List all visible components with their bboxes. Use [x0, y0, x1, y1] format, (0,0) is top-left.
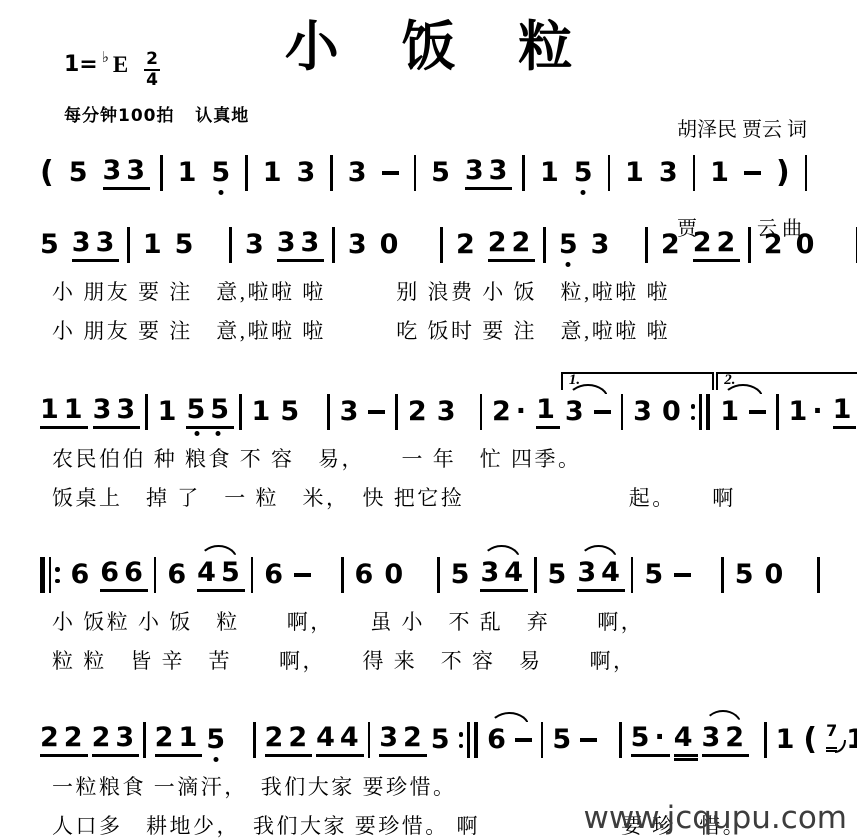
bar-stroke: [693, 155, 696, 191]
spacer: [322, 575, 330, 576]
bar-stroke: [467, 722, 470, 758]
note-digits: 5: [206, 725, 230, 755]
score: (5331513353315131)53315333302225322220小 …: [0, 134, 857, 840]
note-digits: 3: [659, 158, 683, 188]
lyric-line-1: 一粒粮食 一滴汗， 我们大家 要珍惜。: [52, 771, 831, 801]
note-digits: 32: [379, 723, 427, 757]
note: 5: [574, 158, 593, 188]
note-digits: 5: [552, 725, 576, 755]
barline: [764, 721, 767, 759]
lyric-line-2: 粒 粒 皆 辛 苦 啊， 得 来 不 容 易 啊，: [52, 645, 831, 675]
note: 2·: [492, 397, 526, 427]
spacer: [411, 245, 427, 246]
octave-dot: [218, 190, 223, 195]
barline: [534, 556, 537, 594]
octave-dot: [566, 262, 571, 267]
barline: [414, 154, 417, 192]
note-digits: 1: [710, 158, 734, 188]
note-digits: 32: [702, 723, 750, 757]
sustain-dash: [382, 171, 399, 175]
bar-stroke: [437, 557, 440, 593]
note-digits: 1: [158, 397, 182, 427]
note-digits: 21: [155, 723, 203, 757]
barline: [143, 721, 146, 759]
note-digits: 6: [71, 560, 95, 590]
bar-stroke: [251, 557, 254, 593]
note-digits: 5: [548, 560, 572, 590]
note-digits: 1: [178, 158, 202, 188]
note: 0: [662, 397, 681, 427]
note-digits: 1: [625, 158, 649, 188]
octave-dot: [216, 431, 221, 436]
sustain-dash: [368, 410, 385, 414]
note-digits: 1: [833, 395, 857, 429]
note-digits: 33: [465, 156, 513, 190]
barline: [459, 721, 479, 759]
note: 3: [340, 397, 359, 427]
note: 33: [93, 395, 136, 429]
spacer: [702, 575, 710, 576]
barline: [608, 154, 611, 192]
note: 5: [644, 560, 663, 590]
spacer: [622, 245, 632, 246]
bar-stroke: [621, 394, 624, 430]
note: 3: [633, 397, 652, 427]
bar-stroke: [721, 557, 724, 593]
barline: [40, 556, 60, 594]
note: 6: [71, 560, 90, 590]
note-digits: 3: [245, 230, 269, 260]
note: 21: [155, 723, 198, 757]
note: 3: [565, 397, 584, 427]
barline: [440, 226, 443, 264]
tempo-line: 每分钟100拍 认真地: [64, 101, 249, 126]
note: 11: [40, 395, 83, 429]
note-digits: 3: [348, 230, 372, 260]
bar-stroke: [414, 155, 417, 191]
note: 3: [437, 397, 456, 427]
spacer: [234, 740, 244, 741]
note-digits: 1: [540, 158, 564, 188]
note: 33: [277, 228, 320, 262]
barline: [631, 556, 634, 594]
bar-stroke: [440, 227, 443, 263]
barline: [748, 226, 751, 264]
note: 1: [178, 158, 197, 188]
note: 6: [487, 725, 506, 755]
note: 6: [167, 560, 186, 590]
spacer: [414, 575, 426, 576]
note-digits: 5: [644, 560, 668, 590]
note: 5: [206, 725, 225, 755]
slur-group: 1: [720, 397, 766, 427]
time-signature: 2 4: [144, 50, 160, 89]
note-digits: 2·: [492, 397, 531, 427]
note: 3: [659, 158, 678, 188]
barline: [776, 393, 779, 431]
spacer: [606, 740, 610, 741]
note-digits: 22: [693, 228, 741, 262]
barline: [437, 556, 440, 594]
sustain-dash: [594, 410, 611, 414]
note-digits: 1: [263, 158, 287, 188]
note: 22: [40, 723, 83, 757]
note-digits: 3: [437, 397, 461, 427]
note-digits: 6: [355, 560, 379, 590]
bar-stroke: [49, 557, 52, 593]
sustain-dash: [749, 410, 766, 414]
grace-slur-icon: [835, 740, 846, 753]
note-digits: 33: [72, 228, 120, 262]
repeat-dot: [55, 567, 60, 572]
bar-stroke: [330, 155, 333, 191]
note-digits: 5: [40, 230, 64, 260]
bar-stroke: [127, 227, 130, 263]
note-digits: 33: [93, 395, 141, 429]
repeat-dots: [55, 567, 60, 583]
header: 小 饭 粒 1=♭E 2 4 每分钟100拍 认真地 胡泽民 贾云 词 贾 云 …: [0, 0, 857, 130]
note: 1: [158, 397, 177, 427]
note: 0: [380, 230, 399, 260]
note: 32: [702, 723, 745, 757]
note-digits: 45: [197, 558, 245, 592]
note: 3: [348, 158, 367, 188]
note-digits: 5: [211, 158, 235, 188]
flat-icon: ♭: [102, 48, 109, 66]
note-digits: 5: [431, 725, 455, 755]
note-digits: 5: [431, 158, 455, 188]
note-digits: 5: [559, 230, 583, 260]
note-digits: 1: [776, 725, 800, 755]
note: 1: [776, 725, 795, 755]
key-prefix: 1=: [64, 52, 98, 77]
bar-stroke: [474, 722, 479, 758]
repeat-dots: [691, 404, 696, 420]
lyric-line-2: 饭桌上 掉 了 一 粒 米， 快 把它捡 起。 啊: [52, 482, 831, 512]
bar-stroke: [332, 227, 335, 263]
note-digits: 34: [480, 558, 528, 592]
note-digits: 22: [40, 723, 88, 757]
bar-stroke: [395, 394, 398, 430]
bar-stroke: [522, 155, 525, 191]
note: 34: [577, 558, 620, 592]
barline: [368, 721, 371, 759]
note-digits: 0: [796, 230, 820, 260]
bar-stroke: [341, 557, 344, 593]
key-letter: E: [113, 52, 128, 78]
repeat-dot: [459, 732, 464, 737]
note-digits: 33: [103, 156, 151, 190]
spacer: [753, 740, 755, 741]
bar-stroke: [748, 227, 751, 263]
grace-note: 7: [826, 713, 837, 749]
bar-stroke: [245, 155, 248, 191]
note: 5: [211, 158, 230, 188]
music-line: 666645660534534550: [40, 536, 831, 594]
repeat-dot: [55, 579, 60, 584]
note-digits: 1: [536, 395, 560, 429]
bar-stroke: [817, 557, 820, 593]
note-digits: 66: [100, 558, 148, 592]
bar-stroke: [764, 722, 767, 758]
music-line: 53315333302225322220: [40, 206, 831, 264]
lyric-line-2: 小 朋友 要 注 意,啦啦 啦 吃 饭时 要 注 意,啦啦 啦: [52, 315, 831, 345]
note: 3: [245, 230, 264, 260]
bar-stroke: [145, 394, 148, 430]
note: 33: [465, 156, 508, 190]
note: 33: [72, 228, 115, 262]
barline: [480, 393, 483, 431]
barline: [332, 226, 335, 264]
note: 1: [540, 158, 559, 188]
bar-stroke: [253, 722, 256, 758]
note: 3: [348, 230, 367, 260]
note-digits: 0: [764, 560, 788, 590]
sheet-music-page: 小 饭 粒 1=♭E 2 4 每分钟100拍 认真地 胡泽民 贾云 词 贾 云 …: [0, 0, 857, 840]
sustain-dash: [744, 171, 761, 175]
note: 1: [143, 230, 162, 260]
repeat-dot: [691, 404, 696, 409]
note: 2: [661, 230, 680, 260]
note: 2: [408, 397, 427, 427]
barline: [543, 226, 546, 264]
note-digits: 1: [143, 230, 167, 260]
tempo-text: 每分钟100拍: [64, 106, 175, 126]
octave-dot: [195, 431, 200, 436]
note: 1: [252, 397, 271, 427]
note: 22: [488, 228, 531, 262]
barline: [645, 226, 648, 264]
barline: [251, 556, 254, 594]
note: 1: [536, 395, 555, 429]
bar-stroke: [40, 557, 45, 593]
octave-dot: [213, 757, 218, 762]
note-digits: 1: [252, 397, 276, 427]
note: 55: [186, 395, 229, 429]
note: 1: [720, 397, 739, 427]
bar-stroke: [543, 227, 546, 263]
note: 0: [764, 560, 783, 590]
spacer: [309, 412, 317, 413]
note: 0: [796, 230, 815, 260]
bar-stroke: [368, 722, 371, 758]
repeat-dot: [691, 416, 696, 421]
note-digits: 2: [764, 230, 788, 260]
barline: [327, 393, 330, 431]
note: 5: [40, 230, 59, 260]
note-digits: 2: [661, 230, 685, 260]
note-digits: 22: [488, 228, 536, 262]
barline: [541, 721, 544, 759]
note-digits: 11: [40, 395, 88, 429]
barline: [253, 721, 256, 759]
slur-group: 3: [565, 397, 611, 427]
note: 0: [384, 560, 403, 590]
bar-stroke: [154, 557, 157, 593]
barline: [330, 154, 333, 192]
note: 5: [451, 560, 470, 590]
paren: ): [776, 158, 790, 188]
note: 5: [552, 725, 571, 755]
music-line: 1133155153232·11.3302.11·1: [40, 373, 831, 431]
time-signature-numerator: 2: [144, 50, 160, 71]
note: 22: [265, 723, 308, 757]
music-line: 22232152244325655·4321(71): [40, 701, 831, 759]
repeat-dot: [459, 744, 464, 749]
bar-stroke: [805, 155, 808, 191]
note-digits: 1: [720, 397, 744, 427]
barline: [805, 154, 808, 192]
barline: [395, 393, 398, 431]
note: 1: [846, 725, 857, 755]
bar-stroke: [541, 722, 544, 758]
note-digits: 3: [633, 397, 657, 427]
bar-stroke: [619, 722, 622, 758]
note-digits: 3: [340, 397, 364, 427]
bar-stroke: [229, 227, 232, 263]
note: 4: [674, 723, 693, 757]
note-digits: 3: [565, 397, 589, 427]
barline: [619, 721, 622, 759]
note-digits: 44: [316, 723, 364, 757]
note: 34: [480, 558, 523, 592]
repeat-dots: [459, 732, 464, 748]
bar-stroke: [776, 394, 779, 430]
sustain-dash: [580, 738, 597, 742]
barline: [693, 154, 696, 192]
slur-group: 6: [487, 725, 532, 755]
barline: [817, 556, 820, 594]
note: 5: [431, 158, 450, 188]
note-digits: 0: [384, 560, 408, 590]
note: 5: [280, 397, 299, 427]
note-digits: 3: [348, 158, 372, 188]
note-digits: 5: [280, 397, 304, 427]
bar-stroke: [608, 155, 611, 191]
system-3: 1133155153232·11.3302.11·1农民伯伯 种 粮食 不 容 …: [40, 373, 831, 512]
note: 33: [103, 156, 146, 190]
spacer: [206, 245, 216, 246]
note-digits: 2: [456, 230, 480, 260]
spacer: [794, 575, 806, 576]
note: 1: [833, 395, 852, 429]
note: 66: [100, 558, 143, 592]
note: 5: [548, 560, 567, 590]
bar-stroke: [143, 722, 146, 758]
note-digits: 23: [92, 723, 140, 757]
key-signature: 1=♭E 2 4: [64, 52, 160, 89]
bar-stroke: [631, 557, 634, 593]
note: 3: [591, 230, 610, 260]
note-digits: 6: [167, 560, 191, 590]
bar-stroke: [534, 557, 537, 593]
note-digits: 3: [296, 158, 320, 188]
barline: [160, 154, 163, 192]
barline: [341, 556, 344, 594]
note: 5: [559, 230, 578, 260]
bar-stroke: [645, 227, 648, 263]
barline: [522, 154, 525, 192]
note: 5: [69, 158, 88, 188]
note-digits: 1·: [789, 397, 828, 427]
note-digits: 5·: [631, 723, 670, 757]
note: 5·: [631, 723, 665, 757]
note-digits: 4: [674, 723, 698, 757]
note: 1: [263, 158, 282, 188]
barline: [239, 393, 242, 431]
bar-stroke: [327, 394, 330, 430]
note: 2: [456, 230, 475, 260]
note: 3: [296, 158, 315, 188]
note: 1: [710, 158, 729, 188]
note: 1: [625, 158, 644, 188]
time-signature-denominator: 4: [146, 71, 158, 90]
octave-dot: [581, 190, 586, 195]
lyric-line-1: 小 饭粒 小 饭 粒 啊， 虽 小 不 乱 弃 啊，: [52, 606, 831, 636]
note-digits: 0: [380, 230, 404, 260]
music-line: (5331513353315131): [40, 134, 831, 192]
sustain-dash: [294, 573, 311, 577]
note-digits: 5: [574, 158, 598, 188]
system-4: 666645660534534550小 饭粒 小 饭 粒 啊， 虽 小 不 乱 …: [40, 536, 831, 675]
barline: [229, 226, 232, 264]
barline: [721, 556, 724, 594]
volta-bracket-group: 1.330: [565, 393, 710, 431]
note: 5: [175, 230, 194, 260]
note: 6: [264, 560, 283, 590]
note: 44: [316, 723, 359, 757]
note-digits: 1: [846, 725, 857, 755]
note-digits: 33: [277, 228, 325, 262]
watermark: www.jcqupu.com: [584, 800, 847, 836]
barline: [245, 154, 248, 192]
paren: (: [803, 725, 817, 755]
paren: (: [40, 158, 54, 188]
spacer: [466, 412, 470, 413]
note-digits: 55: [186, 395, 234, 429]
bar-stroke: [699, 394, 702, 430]
note: 6: [355, 560, 374, 590]
note: 23: [92, 723, 135, 757]
note-digits: 5: [451, 560, 475, 590]
note-digits: 6: [487, 725, 511, 755]
expression-text: 认真地: [195, 106, 249, 126]
bar-stroke: [160, 155, 163, 191]
note: 5: [735, 560, 754, 590]
note: 2: [764, 230, 783, 260]
note-digits: 6: [264, 560, 288, 590]
note: 22: [693, 228, 736, 262]
note-digits: 5: [175, 230, 199, 260]
barline: [145, 393, 148, 431]
volta-bracket-group: 2.11·1: [720, 393, 857, 431]
note-digits: 3: [591, 230, 615, 260]
note: 1·: [789, 397, 823, 427]
note-digits: 34: [577, 558, 625, 592]
barline: [621, 393, 624, 431]
note-digits: 5: [735, 560, 759, 590]
barline: [154, 556, 157, 594]
barline: [691, 393, 711, 431]
note: 32: [379, 723, 422, 757]
lyric-line-1: 农民伯伯 种 粮食 不 容 易， 一 年 忙 四季。: [52, 443, 831, 473]
barline: [127, 226, 130, 264]
bar-stroke: [239, 394, 242, 430]
note-digits: 22: [265, 723, 313, 757]
spacer: [827, 245, 843, 246]
system-1: (5331513353315131): [40, 134, 831, 192]
sustain-dash: [674, 573, 691, 577]
